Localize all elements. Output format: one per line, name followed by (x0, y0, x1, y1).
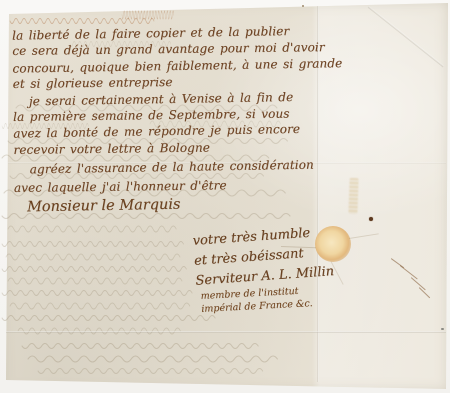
letter-photo: la liberté de la faire copier et de la p… (0, 0, 450, 393)
letter-closing: votre très humble et très obéissant Serv… (192, 222, 335, 292)
salutation-line: Monsieur le Marquis (27, 197, 181, 216)
faded-stamp-mark (348, 178, 358, 214)
letter-body: la liberté de la faire copier et de la p… (12, 23, 332, 196)
paper-edge-speck (441, 328, 444, 330)
ink-dot (369, 217, 373, 221)
letter-line: agréez l'assurance de la haute considéra… (14, 156, 332, 178)
paper-speck (302, 5, 304, 7)
